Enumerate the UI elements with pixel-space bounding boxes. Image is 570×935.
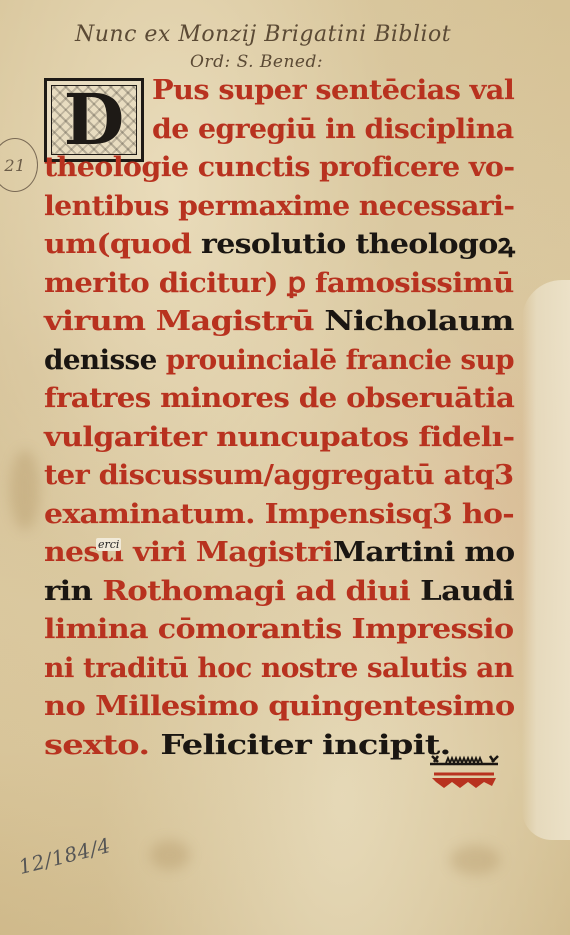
text-segment-red: prouincialē francie sup — [166, 345, 514, 376]
page-scan: Nunc ex Monzij Brigatini Bibliot Ord: S.… — [0, 0, 570, 935]
text-segment-red: no Millesimo quingentesimo — [44, 691, 515, 722]
text-segment-red: ter discussum/aggregatū atq3 — [44, 460, 513, 491]
text-segment-red: fratres minores de obseruātia — [44, 383, 514, 414]
interlinear-gloss: erci — [96, 538, 121, 551]
torn-page-edge — [522, 280, 570, 840]
circled-number-text: 21 — [4, 156, 25, 175]
text-segment-red: vulgariter nuncupatos fidelı- — [44, 422, 514, 453]
shelfmark: 12/184/4 — [16, 833, 113, 879]
text-segment-red: nesti viri Magistri — [44, 537, 333, 568]
title-line-8: denisse prouincialē francie sup — [44, 342, 514, 380]
text-segment-red: Pus super sentēcias val — [152, 75, 514, 106]
title-line-1: Pus super sentēcias val — [152, 72, 514, 110]
tailpiece-ornament-icon — [428, 752, 500, 792]
text-segment-black: resolutio theologoꝝ — [201, 229, 514, 260]
title-line-4: lentibus permaxime necessari- — [44, 188, 514, 226]
title-line-18: sexto. Feliciter incipit. — [44, 727, 451, 765]
text-segment-red: merito dicitur) ꝑ famosissimū — [44, 268, 514, 299]
circled-margin-number: 21 — [0, 138, 38, 192]
title-line-3: theologie cunctis proficere vo- — [44, 149, 514, 187]
ownership-inscription-line1: Nunc ex Monzij Brigatini Bibliot — [75, 22, 451, 47]
text-segment-black: Feliciter incipit. — [160, 730, 450, 761]
text-segment-black: Laudi — [420, 576, 514, 607]
title-line-7: virum Magistrū Nicholaum — [44, 303, 514, 341]
title-line-2: de egregiū in disciplina — [152, 111, 514, 149]
text-segment-red: de egregiū in disciplina — [152, 114, 514, 145]
text-segment-red: ni traditū hoc nostre salutis an — [44, 653, 514, 684]
title-line-10: vulgariter nuncupatos fidelı- — [44, 419, 514, 457]
text-segment-black: Nicholaum — [324, 306, 513, 337]
title-line-14: rin Rothomagi ad diui Laudi — [44, 573, 514, 611]
stain — [10, 450, 40, 530]
text-segment-red: sexto. — [44, 730, 160, 761]
text-segment-red: examinatum. Impensisq3 ho- — [44, 499, 514, 530]
text-segment-red: theologie cunctis proficere vo- — [44, 152, 514, 183]
initial-letter: D — [64, 85, 125, 155]
title-line-12: examinatum. Impensisq3 ho- — [44, 496, 514, 534]
title-line-6: merito dicitur) ꝑ famosissimū — [44, 265, 514, 303]
text-segment-black: denisse — [44, 345, 166, 376]
ownership-inscription-line2: Ord: S. Bened: — [190, 52, 323, 72]
title-line-5: um(quod resolutio theologoꝝ — [44, 226, 514, 264]
title-line-9: fratres minores de obseruātia — [44, 380, 514, 418]
text-segment-black: rin — [44, 576, 102, 607]
text-segment-red: um(quod — [44, 229, 201, 260]
text-segment-red: limina cōmorantis Impressio — [44, 614, 513, 645]
stain — [450, 845, 500, 875]
text-segment-black: Martini mo — [333, 537, 515, 568]
initial-frame: D — [51, 85, 137, 155]
stain — [150, 840, 190, 870]
title-line-17: no Millesimo quingentesimo — [44, 688, 515, 726]
title-line-11: ter discussum/aggregatū atq3 — [44, 457, 513, 495]
text-segment-red: Rothomagi ad diui — [102, 576, 420, 607]
text-segment-red: lentibus permaxime necessari- — [44, 191, 514, 222]
title-line-16: ni traditū hoc nostre salutis an — [44, 650, 514, 688]
title-line-15: limina cōmorantis Impressio — [44, 611, 513, 649]
text-segment-red: virum Magistrū — [44, 306, 324, 337]
